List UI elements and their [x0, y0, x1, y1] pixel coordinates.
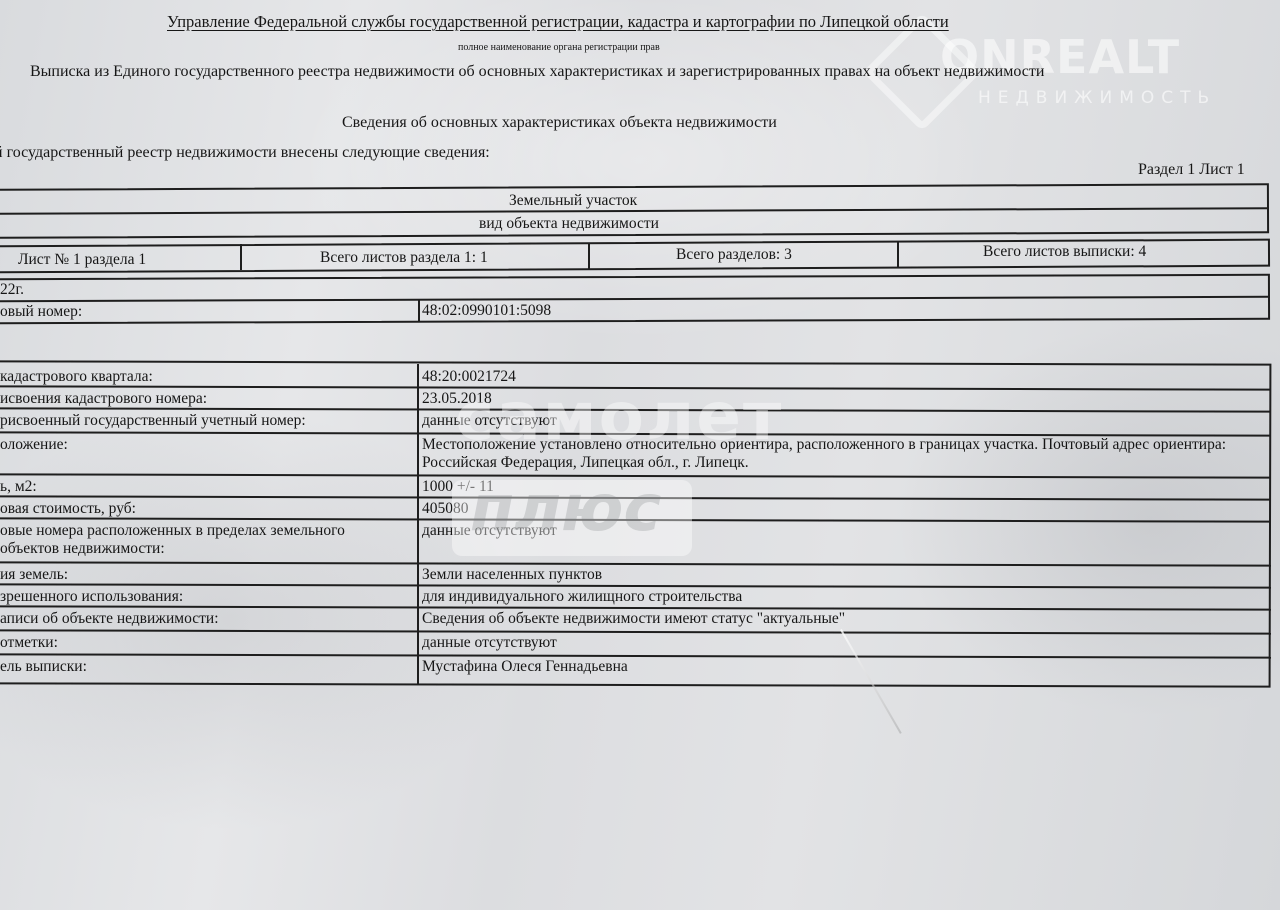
row-label: ь, м2:	[0, 478, 405, 496]
section-sheets-total: Всего листов раздела 1: 1	[320, 249, 488, 267]
row-label: ель выписки:	[0, 658, 405, 676]
row-value: Сведения об объекте недвижимости имеют с…	[422, 610, 1262, 628]
object-type-caption: вид объекта недвижимости	[479, 215, 659, 233]
object-type: Земельный участок	[509, 192, 637, 210]
row-label: овая стоимость, руб:	[0, 500, 405, 518]
row-label: отметки:	[0, 634, 405, 652]
extract-sheets-total: Всего листов выписки: 4	[983, 243, 1146, 261]
cadastral-number: 48:02:0990101:5098	[422, 302, 551, 320]
row-value: данные отсутствуют	[422, 634, 1262, 652]
row-label: кадастрового квартала:	[0, 368, 405, 386]
extract-date: 22г.	[0, 281, 24, 299]
row-label: ия земель:	[0, 566, 405, 584]
row-value: Земли населенных пунктов	[422, 566, 1262, 584]
row-label: овые номера расположенных в пределах зем…	[0, 522, 405, 558]
row-label: аписи об объекте недвижимости:	[0, 610, 405, 628]
row-value: Мустафина Олеся Геннадьевна	[422, 658, 1262, 676]
cadastral-number-label: овый номер:	[0, 303, 82, 321]
row-label: оложение:	[0, 436, 405, 454]
sheet-reference: Раздел 1 Лист 1	[1138, 161, 1245, 179]
watermark-plus: плюс	[470, 472, 661, 546]
registration-authority: Управление Федеральной службы государств…	[167, 12, 949, 32]
sheet-info-divider	[897, 241, 899, 267]
row-value: для индивидуального жилищного строительс…	[422, 588, 1262, 606]
watermark-samolet: самолет	[455, 378, 783, 455]
row-label: исвоения кадастрового номера:	[0, 390, 405, 408]
watermark-onrealt-subtitle: НЕДВИЖИМОСТЬ	[978, 88, 1216, 108]
row-label: зрешенного использования:	[0, 588, 405, 606]
sheet-info-divider	[588, 243, 590, 269]
extract-title: Выписка из Единого государственного реес…	[30, 63, 1044, 81]
cadastral-column-divider	[418, 299, 420, 321]
sheet-number: Лист № 1 раздела 1	[18, 251, 146, 269]
row-label: рисвоенный государственный учетный номер…	[0, 412, 405, 430]
sections-total: Всего разделов: 3	[676, 246, 792, 264]
intro-line: й государственный реестр недвижимости вн…	[0, 144, 490, 162]
registration-authority-caption: полное наименование органа регистрации п…	[458, 42, 660, 53]
sheet-info-divider	[240, 244, 242, 270]
section-title: Сведения об основных характеристиках объ…	[342, 114, 777, 132]
characteristics-column-divider	[417, 364, 419, 684]
